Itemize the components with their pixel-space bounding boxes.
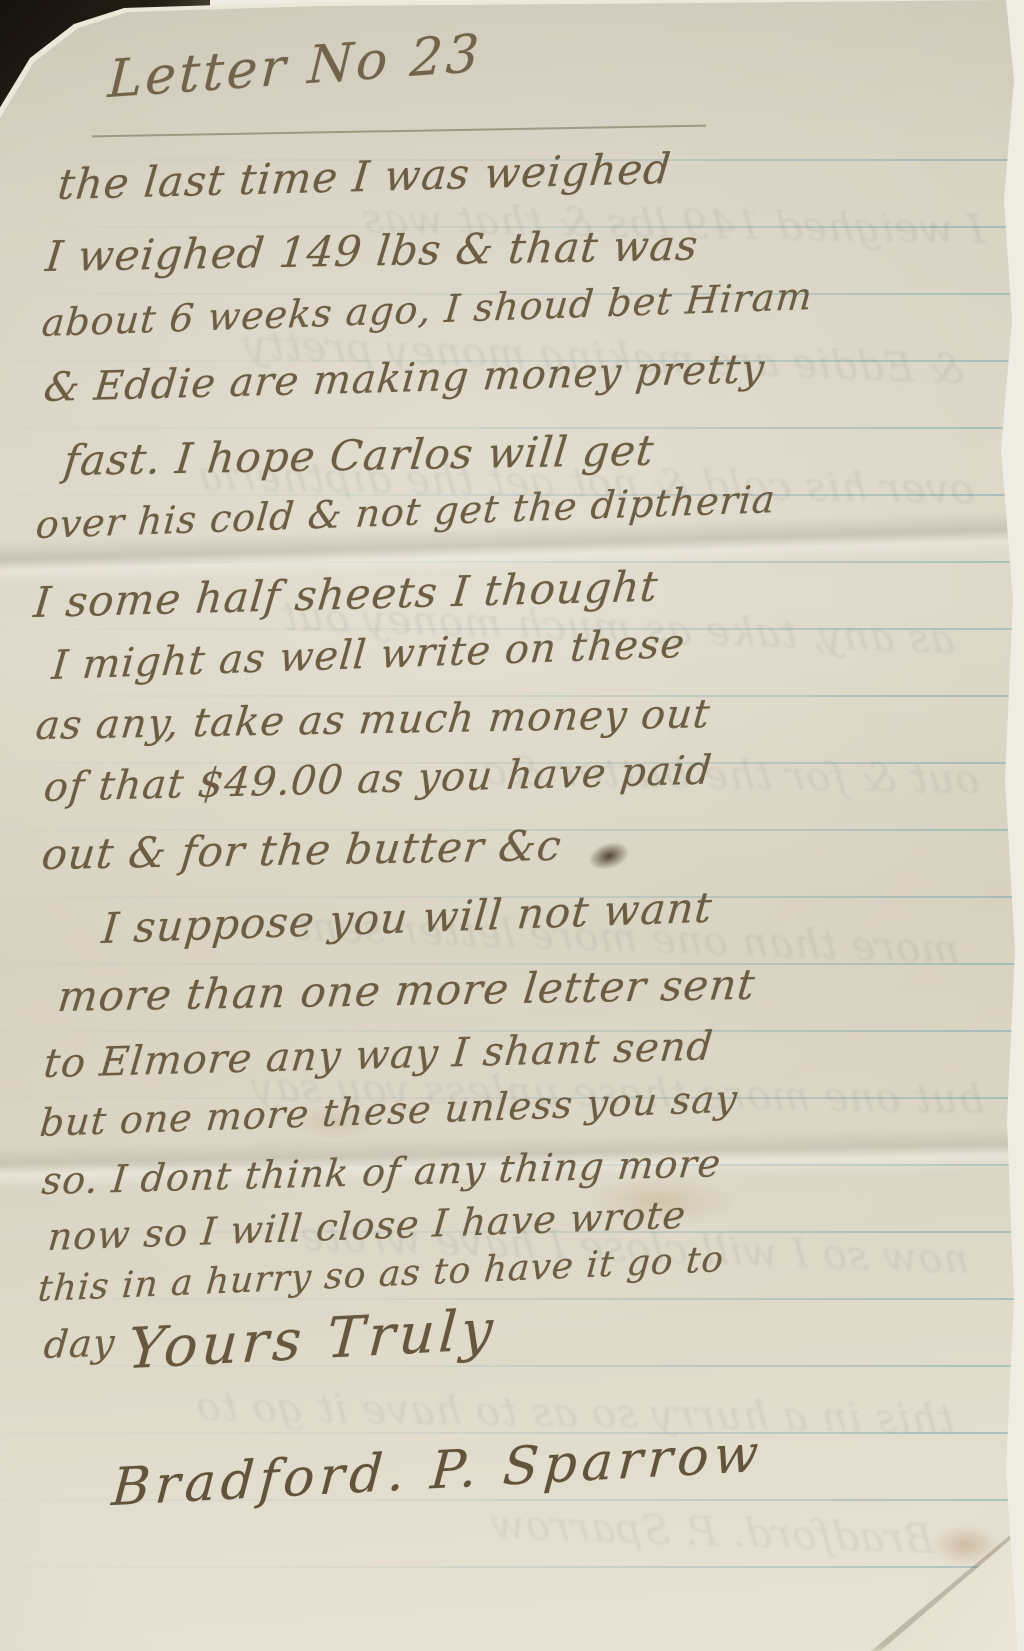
letter-line: out & for the butter &c <box>40 825 564 876</box>
ghost-line: this in a hurry so as to have it go to <box>193 1387 956 1440</box>
letter-line: I weighed 149 lbs & that was <box>44 225 701 278</box>
letter-line: more than one more letter sent <box>56 964 758 1018</box>
letter-line: as any, take as much money out <box>34 694 712 746</box>
letter-line: fast. I hope Carlos will get <box>62 430 657 482</box>
closing-lead: day <box>42 1323 117 1364</box>
scanned-letter-page: { "document": { "kind": "handwritten-let… <box>0 0 1024 1651</box>
dog-ear-fold <box>858 1533 1018 1651</box>
letter-paper: I weighed 149 lbs & that was & Eddie are… <box>0 0 1024 1651</box>
